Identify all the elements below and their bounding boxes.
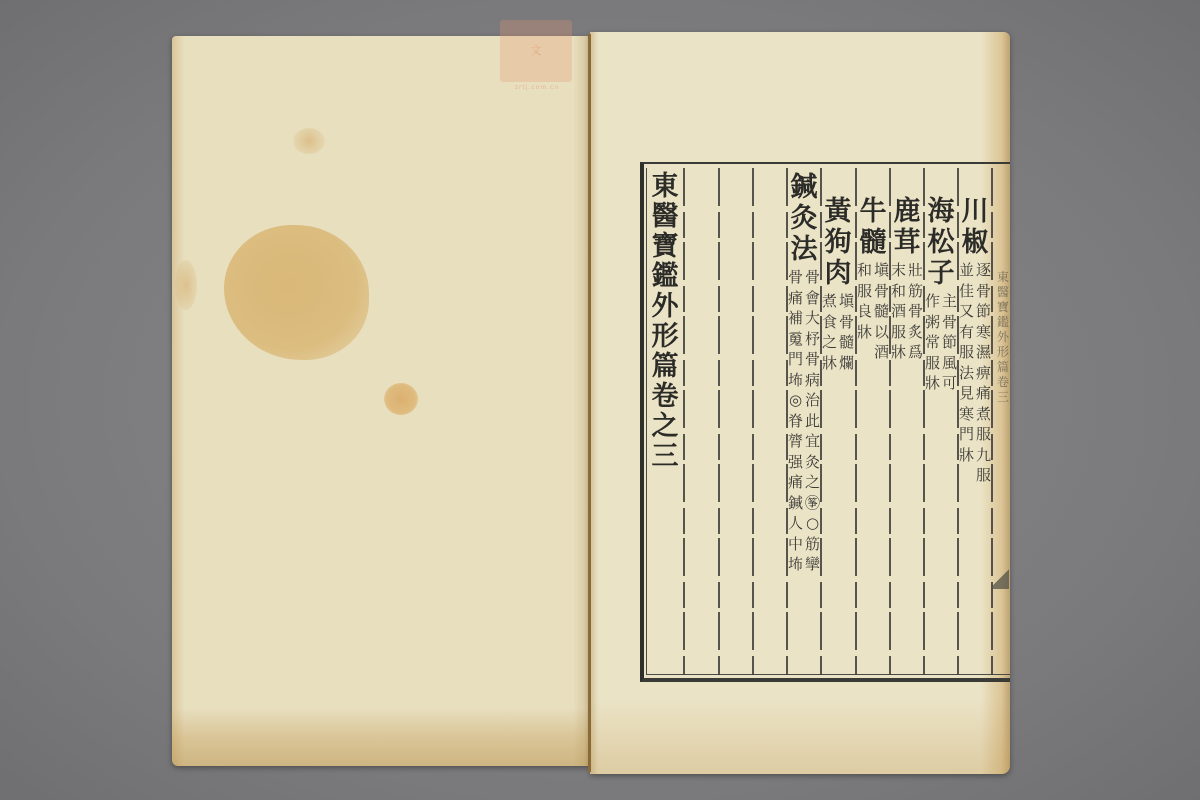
glyph: 醫 [997, 285, 1009, 300]
glyph: 服 [925, 353, 940, 374]
note-line: 作粥常服牀 [925, 291, 941, 394]
entry-0: 川椒 逐骨節寒濕痹痛煮服九服 並佳又有服法見寒門牀 [958, 196, 992, 486]
glyph: 筋 [908, 281, 923, 302]
entry-heading: 鹿茸 [894, 196, 921, 258]
glyph: 服 [976, 465, 991, 486]
glyph: 膂 [788, 431, 803, 452]
title-text: 東醫寶鑑外形篇卷之三 [652, 172, 679, 472]
entry-heading: 海松子 [928, 196, 955, 289]
glyph: 痛 [788, 288, 803, 309]
glyph: 筋 [805, 534, 820, 555]
glyph: 大 [805, 308, 820, 329]
glyph: 有 [959, 322, 974, 343]
left-page [172, 36, 590, 766]
entry-heading: 鍼灸法 [791, 172, 818, 265]
fold-margin-label: 東醫寶鑑外形篇卷三 [997, 270, 1009, 405]
glyph: 痹 [976, 363, 991, 384]
glyph: 法 [959, 363, 974, 384]
glyph: 服 [857, 281, 872, 302]
glyph: 之 [652, 412, 679, 442]
glyph: 骨 [976, 281, 991, 302]
watermark-seal: 文 [500, 20, 572, 82]
entry-5: 鍼灸法 骨會大杼骨病治此宜灸之㉇○筋攣 骨痛補䰟門㘵◎脊膂强痛鍼人中㘵 [787, 172, 821, 575]
glyph: 節 [976, 301, 991, 322]
glyph: 骨 [942, 312, 957, 333]
glyph: 海 [928, 196, 955, 227]
glyph: 攣 [805, 554, 820, 575]
column-rule [683, 168, 685, 675]
entry-notes: 塡骨髓爛 煮食之牀 [822, 291, 855, 373]
glyph: 又 [959, 301, 974, 322]
entry-4: 黃狗肉 塡骨髓爛 煮食之牀 [821, 196, 855, 373]
glyph: 川 [962, 196, 989, 227]
entry-notes: 主骨節風可 作粥常服牀 [925, 291, 958, 394]
note-line: 和服良牀 [857, 260, 873, 363]
glyph: 寶 [652, 232, 679, 262]
glyph: 病 [805, 370, 820, 391]
glyph: 風 [942, 353, 957, 374]
glyph: 形 [652, 322, 679, 352]
water-stain-edge [175, 260, 197, 310]
glyph: 骨 [908, 301, 923, 322]
glyph: 牀 [822, 353, 837, 374]
glyph: 和 [857, 260, 872, 281]
glyph: 爛 [839, 353, 854, 374]
glyph: 塡 [839, 291, 854, 312]
glyph: 以 [874, 322, 889, 343]
glyph: 酒 [891, 301, 906, 322]
glyph: 强 [788, 452, 803, 473]
glyph: 東 [997, 270, 1009, 285]
glyph: 和 [891, 281, 906, 302]
glyph: 之 [822, 332, 837, 353]
book-spine [588, 34, 591, 772]
glyph: 炙 [908, 322, 923, 343]
glyph: 㘵 [788, 370, 803, 391]
glyph: 寒 [976, 322, 991, 343]
glyph: 茸 [894, 227, 921, 258]
glyph: 牛 [860, 196, 887, 227]
glyph: 門 [959, 424, 974, 445]
glyph: 痛 [976, 383, 991, 404]
glyph: ○ [806, 513, 819, 534]
fishtail-mark [993, 565, 1009, 589]
glyph: 牀 [857, 322, 872, 343]
entry-notes: 骨會大杼骨病治此宜灸之㉇○筋攣 骨痛補䰟門㘵◎脊膂强痛鍼人中㘵 [788, 267, 821, 575]
glyph: 骨 [874, 281, 889, 302]
glyph: 濕 [976, 342, 991, 363]
glyph: 節 [942, 332, 957, 353]
glyph: 寒 [959, 404, 974, 425]
glyph: 補 [788, 308, 803, 329]
glyph: 宜 [805, 431, 820, 452]
glyph: 佳 [959, 281, 974, 302]
glyph: 三 [997, 390, 1009, 405]
glyph: 鑑 [652, 262, 679, 292]
fold-margin-text: 東醫寶鑑外形篇卷三 [996, 270, 1010, 405]
water-stain-top [293, 128, 325, 154]
glyph: 末 [891, 260, 906, 281]
entry-notes: 壯筋骨炙爲 末和酒服牀 [891, 260, 924, 363]
glyph: 牀 [925, 373, 940, 394]
glyph: 逐 [976, 260, 991, 281]
glyph: 骨 [788, 267, 803, 288]
glyph: 䰟 [788, 329, 803, 350]
glyph: 服 [959, 342, 974, 363]
glyph: ㉇ [805, 493, 820, 514]
note-line: 塡骨髓以酒 [874, 260, 890, 363]
glyph: 篇 [997, 360, 1009, 375]
glyph: 痛 [788, 472, 803, 493]
glyph: 髓 [874, 301, 889, 322]
glyph: 之 [805, 472, 820, 493]
glyph: 鍼 [788, 493, 803, 514]
glyph: 牀 [891, 342, 906, 363]
watermark-url: zrtj.com.cn [500, 84, 574, 91]
glyph: 此 [805, 411, 820, 432]
note-line: 末和酒服牀 [891, 260, 907, 363]
glyph: 服 [891, 322, 906, 343]
note-line: 煮食之牀 [822, 291, 838, 373]
glyph: 髓 [860, 227, 887, 258]
note-line: 骨會大杼骨病治此宜灸之㉇○筋攣 [805, 267, 821, 575]
note-line: 主骨節風可 [942, 291, 958, 394]
glyph: 並 [959, 260, 974, 281]
glyph: 㘵 [788, 554, 803, 575]
glyph: 法 [791, 234, 818, 265]
glyph: 形 [997, 345, 1009, 360]
glyph: 主 [942, 291, 957, 312]
glyph: 松 [928, 227, 955, 258]
entry-1: 海松子 主骨節風可 作粥常服牀 [924, 196, 958, 394]
entry-2: 鹿茸 壯筋骨炙爲 末和酒服牀 [890, 196, 924, 363]
entry-notes: 逐骨節寒濕痹痛煮服九服 並佳又有服法見寒門牀 [959, 260, 992, 486]
glyph: 子 [928, 258, 955, 289]
note-line: 壯筋骨炙爲 [908, 260, 924, 363]
glyph: 鹿 [894, 196, 921, 227]
glyph: 骨 [805, 349, 820, 370]
glyph: 煮 [822, 291, 837, 312]
glyph: 灸 [805, 452, 820, 473]
glyph: 塡 [874, 260, 889, 281]
note-line: 逐骨節寒濕痹痛煮服九服 [976, 260, 992, 486]
glyph: 會 [805, 288, 820, 309]
glyph: 杼 [805, 329, 820, 350]
glyph: 外 [652, 292, 679, 322]
glyph: 灸 [791, 203, 818, 234]
glyph: 肉 [825, 258, 852, 289]
glyph: 人 [788, 513, 803, 534]
glyph: 酒 [874, 342, 889, 363]
glyph: 鑑 [997, 315, 1009, 330]
glyph: 良 [857, 301, 872, 322]
glyph: 鍼 [791, 172, 818, 203]
glyph: 作 [925, 291, 940, 312]
glyph: 見 [959, 383, 974, 404]
glyph: 東 [652, 172, 679, 202]
glyph: 外 [997, 330, 1009, 345]
glyph: 篇 [652, 352, 679, 382]
entry-heading: 牛髓 [860, 196, 887, 258]
glyph: 寶 [997, 300, 1009, 315]
glyph: 三 [652, 442, 679, 472]
glyph: 中 [788, 534, 803, 555]
column-rule [718, 168, 720, 675]
entry-heading: 黃狗肉 [825, 196, 852, 289]
glyph: 卷 [652, 382, 679, 412]
note-line: 骨痛補䰟門㘵◎脊膂强痛鍼人中㘵 [788, 267, 804, 575]
glyph: 門 [788, 349, 803, 370]
glyph: 爲 [908, 342, 923, 363]
glyph: ◎ [789, 390, 802, 411]
glyph: 可 [942, 373, 957, 394]
glyph: 髓 [839, 332, 854, 353]
glyph: 壯 [908, 260, 923, 281]
glyph: 卷 [997, 375, 1009, 390]
entry-heading: 川椒 [962, 196, 989, 258]
title-column: 東醫寶鑑外形篇卷之三 [648, 172, 682, 472]
glyph: 粥 [925, 312, 940, 333]
glyph: 常 [925, 332, 940, 353]
glyph: 服 [976, 424, 991, 445]
glyph: 煮 [976, 404, 991, 425]
column-rule [752, 168, 754, 675]
glyph: 脊 [788, 411, 803, 432]
glyph: 九 [976, 445, 991, 466]
glyph: 骨 [805, 267, 820, 288]
note-line: 塡骨髓爛 [839, 291, 855, 373]
glyph: 骨 [839, 312, 854, 333]
glyph: 醫 [652, 202, 679, 232]
entry-notes: 塡骨髓以酒 和服良牀 [857, 260, 890, 363]
glyph: 黃 [825, 196, 852, 227]
glyph: 治 [805, 390, 820, 411]
glyph: 椒 [962, 227, 989, 258]
water-stain-small [384, 383, 418, 415]
glyph: 牀 [959, 445, 974, 466]
note-line: 並佳又有服法見寒門牀 [959, 260, 975, 486]
entry-3: 牛髓 塡骨髓以酒 和服良牀 [856, 196, 890, 363]
glyph: 狗 [825, 227, 852, 258]
glyph: 食 [822, 312, 837, 333]
